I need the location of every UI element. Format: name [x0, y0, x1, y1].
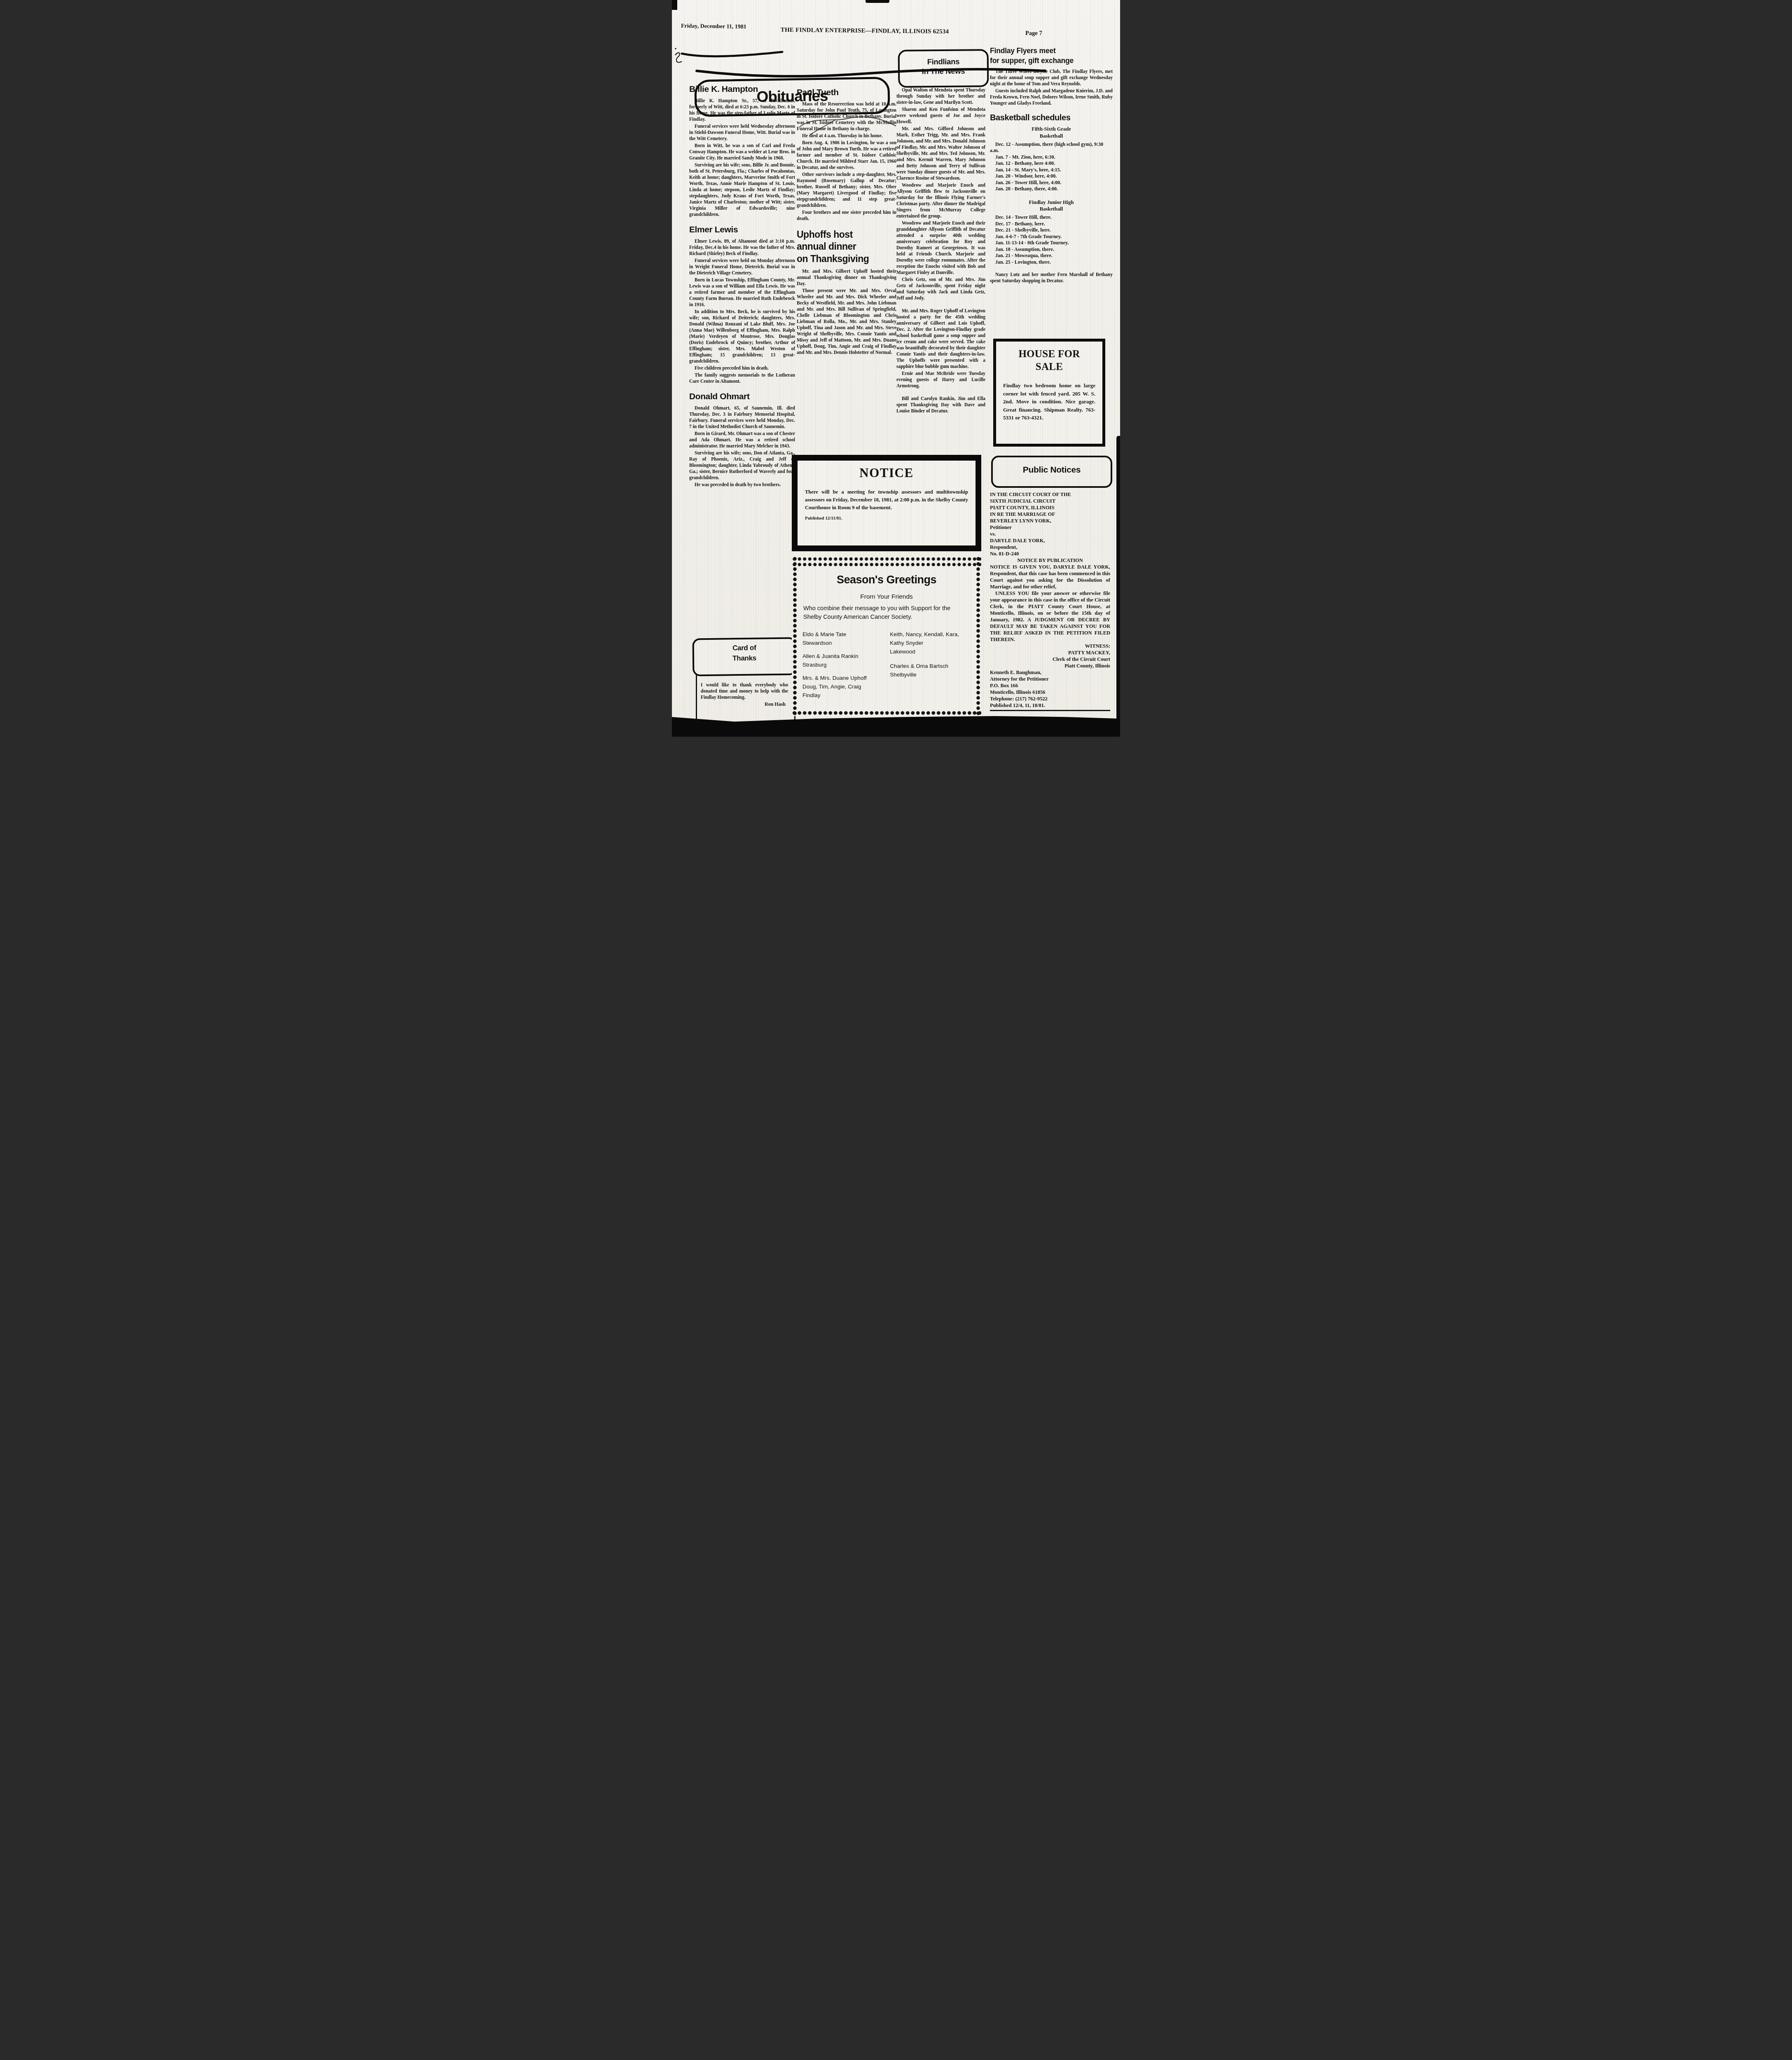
schedule-title-line: Basketball — [990, 206, 1113, 212]
page-number: Page 7 — [1025, 30, 1042, 37]
chain-border-bottom-icon — [792, 710, 981, 716]
card-of-thanks-text: I would like to thank everybody who dona… — [701, 682, 788, 701]
chain-border-top-icon — [792, 556, 981, 567]
greeting-entry: Charles & Oma Bartsch Shelbyville — [890, 662, 971, 679]
article-paragraph: Donald Ohmart, 65, of Saunemin, Ill. die… — [689, 405, 795, 430]
greeting-entry-line: Kathy Snyder — [890, 639, 971, 648]
schedule-title-line: Basketball — [990, 133, 1113, 139]
legal-attorney-line: Telephone: (217) 762-9522 — [990, 695, 1110, 702]
article-paragraph: In addition to Mrs. Beck, he is survived… — [689, 309, 795, 365]
greeting-entry-line: Shelbyville — [890, 671, 971, 679]
greeting-entry-line: Stewardson — [802, 639, 890, 648]
article-paragraph: Surviving are his wife; sons, Don of Atl… — [689, 450, 795, 481]
greetings-left-column: Eldo & Marie Tate Stewardson Allen & Jua… — [802, 630, 890, 704]
schedule-line: Jan. 18 - Assumption, there. — [990, 246, 1113, 253]
notice-ad-box: NOTICE There will be a meeting for towns… — [792, 455, 981, 551]
legal-attorney-line: Attorney for the Petitioner — [990, 676, 1110, 682]
schedule-section-title: Fifth-Sixth Grade Basketball — [990, 126, 1113, 139]
article-paragraph: Born in Lucas Township, Effingham County… — [689, 277, 795, 308]
seasons-greetings-subtitle: From Your Friends — [792, 594, 981, 600]
masthead-title: THE FINDLAY ENTERPRISE—FINDLAY, ILLINOIS… — [778, 26, 951, 35]
legal-attorney-line: Kenneth E. Baughman, — [990, 669, 1110, 676]
card-of-thanks-title-box: Card of Thanks — [692, 637, 797, 677]
schedule-line: Jan. 21 - Moweaqua, there. — [990, 253, 1113, 259]
schedule-section-title: Findlay Junior High Basketball — [990, 199, 1113, 213]
top-edge-scan-mark — [866, 0, 889, 3]
greeting-entry: Eldo & Marie Tate Stewardson — [802, 630, 890, 648]
greeting-entry-line: Charles & Oma Bartsch — [890, 662, 971, 671]
article-paragraph: Nancy Lutz and her mother Fern Marshall … — [990, 272, 1113, 284]
schedule-line: Jan. 4-6-7 - 7th Grade Tourney. — [990, 234, 1113, 240]
notice-ad-published: Published 12/11/81. — [805, 515, 968, 521]
house-for-sale-body: Findlay two bedroom home on large corner… — [1003, 382, 1095, 422]
legal-underline-rule — [990, 710, 1110, 711]
article-paragraph: Opal Walton of Mendota spent Thursday th… — [896, 87, 985, 106]
schedule-line: Dec. 14 - Tower Hill, there. — [990, 214, 1113, 221]
legal-line: vs. — [990, 531, 1110, 537]
schedule-line: Jan. 26 - Tower Hill, here, 4:00. — [990, 180, 1113, 186]
schedule-line: Dec. 12 - Assumption, there (high school… — [990, 141, 1113, 154]
public-notices-title: Public Notices — [993, 457, 1111, 483]
schedule-title-line: Findlay Junior High — [990, 199, 1113, 206]
legal-notice-title: NOTICE BY PUBLICATION — [990, 557, 1110, 564]
uphoffs-heading-line2: annual dinner — [797, 241, 896, 253]
schedule-line: Jan. 7 - Mt. Zion, here, 6:30. — [990, 154, 1113, 161]
greeting-entry-line: Keith, Nancy, Kendall, Kara, — [890, 630, 971, 639]
house-for-sale-title-line2: SALE — [996, 361, 1102, 374]
greeting-entry-line: Mrs. & Mrs. Duane Uphoff — [802, 674, 890, 683]
house-for-sale-box: HOUSE FOR SALE Findlay two bedroom home … — [993, 339, 1105, 447]
flyers-heading-line2: for supper, gift exchange — [990, 56, 1113, 66]
seasons-greetings-message: Who combine their message to you with Su… — [803, 604, 970, 623]
margin-scribble-mark — [672, 45, 683, 63]
legal-line: BEVERLEY LYNN YORK, — [990, 517, 1110, 524]
article-paragraph: Funeral services were held on Monday aft… — [689, 258, 795, 276]
article-paragraph: Born in Witt, he was a son of Carl and F… — [689, 143, 795, 162]
article-paragraph: He was preceded in death by two brothers… — [689, 482, 795, 488]
legal-notice-block: IN THE CIRCUIT COURT OF THE SIXTH JUDICI… — [990, 491, 1110, 711]
greeting-entry-line: Eldo & Marie Tate — [802, 630, 890, 639]
article-paragraph: Surviving are his wife; sons, Billie Jr.… — [689, 162, 795, 218]
legal-witness-line: Piatt County, Illinois — [990, 662, 1110, 669]
uphoffs-heading-line3: on Thanksgiving — [797, 253, 896, 265]
article-paragraph: Born Aug. 4, 1906 in Lovington, he was a… — [797, 140, 896, 171]
legal-line: No. 81-D-240 — [990, 550, 1110, 557]
pen-squiggle-mark — [795, 108, 899, 143]
greeting-entry: Keith, Nancy, Kendall, Kara, Kathy Snyde… — [890, 630, 971, 656]
article-heading-ohmart: Donald Ohmart — [689, 392, 795, 401]
article-heading-uphoffs: Uphoffs host annual dinner on Thanksgivi… — [797, 229, 896, 265]
article-paragraph: Funeral services were held Wednesday aft… — [689, 124, 795, 142]
article-paragraph: Woodrow and Marjorie Enoch and their gra… — [896, 220, 985, 276]
schedule-line: Jan. 11-13-14 - 8th Grade Tourney. — [990, 240, 1113, 246]
card-of-thanks-body: I would like to thank everybody who dona… — [701, 682, 788, 707]
legal-line: Petitioner — [990, 524, 1110, 531]
legal-paragraph: NOTICE IS GIVEN YOU, DARYLE DALE YORK, R… — [990, 564, 1110, 590]
legal-attorney-line: Published 12/4, 11, 18/81. — [990, 702, 1110, 709]
schedule-line: Jan. 12 - Bethany, here 4:00. — [990, 160, 1113, 167]
column-findlians: Opal Walton of Mendota spent Thursday th… — [896, 87, 985, 415]
legal-line: IN THE CIRCUIT COURT OF THE — [990, 491, 1110, 498]
date-underline-rule — [681, 49, 784, 59]
greeting-entry-line: Strasburg — [802, 661, 890, 669]
legal-attorney-line: Monticello, Illinois 61856 — [990, 689, 1110, 695]
legal-line: Respondent, — [990, 544, 1110, 550]
column-right: Findlay Flyers meet for supper, gift exc… — [990, 46, 1113, 285]
header-rule — [696, 65, 1047, 79]
article-paragraph: Woodrow and Marjorie Enoch and Allyson G… — [896, 183, 985, 220]
card-of-thanks-title-line2: Thanks — [694, 653, 795, 664]
legal-witness-line: WITNESS: — [990, 643, 1110, 649]
article-paragraph: Bill and Carolyn Rankin, Jim and Ella sp… — [896, 396, 985, 414]
legal-line: DARYLE DALE YORK, — [990, 537, 1110, 544]
schedule-list-fifth-sixth: Dec. 12 - Assumption, there (high school… — [990, 141, 1113, 192]
article-paragraph: Elmer Lewis, 89, of Altamont died at 3:1… — [689, 239, 795, 257]
article-heading-flyers: Findlay Flyers meet for supper, gift exc… — [990, 46, 1113, 66]
article-paragraph: Four brothers and one sister preceded hi… — [797, 210, 896, 222]
article-paragraph: Five children preceded him in death. — [689, 365, 795, 372]
greeting-entry-line: Doug, Tim, Angie, Craig — [802, 683, 890, 691]
legal-line: IN RE THE MARRIAGE OF — [990, 511, 1110, 517]
article-heading-basketball: Basketball schedules — [990, 113, 1113, 122]
schedule-line: Jan. 14 - St. Mary's, here, 4:15. — [990, 167, 1113, 173]
flyers-heading-line1: Findlay Flyers meet — [990, 46, 1113, 56]
notice-ad-title: NOTICE — [798, 466, 976, 479]
article-paragraph: Mr. and Mrs. Roger Uphoff of Lovington h… — [896, 308, 985, 370]
greeting-entry: Allen & Juanita Rankin Strasburg — [802, 652, 890, 669]
chain-border-right-icon — [975, 556, 981, 716]
column-obituaries-1: Billie K. Hampton Billie K. Hampton Sr.,… — [689, 85, 795, 489]
article-paragraph: Ernie and Mae McBride were Tuesday eveni… — [896, 371, 985, 389]
article-paragraph: Those present were Mr. and Mrs. Orval Wh… — [797, 288, 896, 356]
greetings-right-column: Keith, Nancy, Kendall, Kara, Kathy Snyde… — [890, 630, 971, 704]
legal-paragraph: UNLESS YOU file your answer or otherwise… — [990, 590, 1110, 643]
greeting-entry-line: Allen & Juanita Rankin — [802, 652, 890, 661]
header-date: Friday, December 11, 1981 — [681, 23, 746, 30]
article-paragraph: The family suggests memorials to the Lut… — [689, 372, 795, 385]
corner-scan-mark — [672, 0, 677, 10]
schedule-line: Jan. 28 - Bethany, there, 4:00. — [990, 186, 1113, 192]
greeting-entry-line: Findlay — [802, 691, 890, 700]
uphoffs-heading-line1: Uphoffs host — [797, 229, 896, 241]
house-for-sale-title-line1: HOUSE FOR — [996, 348, 1102, 361]
seasons-greetings-title: Season's Greetings — [792, 574, 981, 585]
schedule-line: Jan. 25 - Lovington, there. — [990, 259, 1113, 266]
public-notices-box: Public Notices — [991, 456, 1112, 488]
legal-witness-line: Clerk of the Circuit Court — [990, 656, 1110, 662]
newspaper-page: Friday, December 11, 1981 THE FINDLAY EN… — [672, 0, 1120, 737]
right-scan-bar — [1116, 436, 1120, 720]
article-paragraph: Mr. and Mrs. Gilbert Uphoff hosted their… — [797, 269, 896, 287]
greeting-entry-line: Lakewood — [890, 648, 971, 656]
notice-ad-body: There will be a meeting for township ass… — [805, 488, 968, 512]
article-heading-lewis: Elmer Lewis — [689, 225, 795, 234]
article-paragraph: Chris Getz, son of Mr. and Mrs. Jim Getz… — [896, 277, 985, 302]
legal-line: SIXTH JUDICIAL CIRCUIT — [990, 498, 1110, 504]
schedule-list-junior-high: Dec. 14 - Tower Hill, there. Dec. 17 - B… — [990, 214, 1113, 265]
article-paragraph: Born in Girard, Mr. Ohmart was a son of … — [689, 431, 795, 449]
legal-line: PIATT COUNTY, ILLINOIS — [990, 504, 1110, 511]
seasons-greetings-box: Season's Greetings From Your Friends Who… — [792, 556, 981, 716]
schedule-line: Jan. 20 - Windsor, here, 4:00. — [990, 173, 1113, 180]
article-paragraph: Other survivors include a step-daughter,… — [797, 172, 896, 209]
card-of-thanks-signature: Ron Hash — [701, 701, 788, 707]
greeting-entry: Mrs. & Mrs. Duane Uphoff Doug, Tim, Angi… — [802, 674, 890, 700]
schedule-title-line: Fifth-Sixth Grade — [990, 126, 1113, 132]
schedule-line: Dec. 17 - Bethany, here. — [990, 221, 1113, 227]
chain-border-left-icon — [792, 556, 798, 716]
card-of-thanks-title-line1: Card of — [694, 639, 795, 654]
legal-attorney-line: P.O. Box 166 — [990, 682, 1110, 689]
article-paragraph: Guests included Ralph and Margadene Knie… — [990, 88, 1113, 107]
legal-witness-line: PATTY MACKEY, — [990, 649, 1110, 656]
article-paragraph: Sharon and Ken Funfsinn of Mendota were … — [896, 107, 985, 125]
schedule-line: Dec. 21 - Shelbyville, here. — [990, 227, 1113, 234]
article-paragraph: Mr. and Mrs. Gifford Johnson and Mark, E… — [896, 126, 985, 182]
